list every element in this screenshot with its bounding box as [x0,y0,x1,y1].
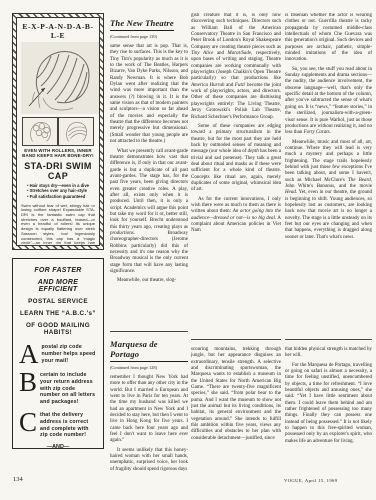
paragraph: same sense that art is pop. That is, the… [110,44,188,146]
column-1-theatre: The New Theatre (Continued from page 130… [110,13,188,330]
paragraph: Some of these companies are edging towar… [191,124,281,194]
postal-headline-2: AND MORE EFFICIENT [19,279,97,293]
paragraph: It seems unlikely that this honey-haired… [110,448,188,473]
swim-cap-illustration [21,42,99,114]
paragraph: is Ibsenian whether the actor is wearing… [285,13,372,64]
abc-text: that the delivery address is correct and… [40,411,97,439]
paragraph: As for the current innovations, I only w… [191,197,281,235]
paragraph: gish creature that it is, is only now di… [191,13,281,121]
column-2-marquesa: scouring mountains, trekking through jun… [191,339,281,479]
paragraph: scouring mountains, trekking through jun… [191,347,281,442]
page-number: 134 [13,476,23,483]
product-title: STA-DRI SWIM CAP [21,161,95,181]
paragraph: remember I thought New York had more to … [110,375,188,445]
swim-cap-ad-inner: E-X-P-A-N-D-A-B-L-E [16,17,100,246]
section-divider [110,331,188,332]
abc-item: B certain to include your return address… [19,371,97,406]
abc-text: postal zip code number helps speed your … [42,343,98,366]
paragraph: that hidden physical strength is matched… [285,347,372,360]
article-title: Marquesa de Portago [110,339,188,362]
postal-service-ad: FOR FASTER AND MORE EFFICIENT POSTAL SER… [12,258,104,449]
abc-item: A postal zip code number helps speed you… [19,343,97,366]
theatre-col3-body: is Ibsenian whether the actor is wearing… [285,13,372,241]
postal-and: —AND— [19,444,97,449]
article-heading-marquesa: Marquesa de Portago (Continued from page… [110,339,188,370]
drop-cap: B [19,371,37,406]
ad-caption: EVEN WITH ROLLERS, INNER BAND KEEPS HAIR… [21,148,95,159]
theatre-col2-body: gish creature that it is, is only now di… [191,13,281,235]
product-bullets: Hair stays dry—even in a diveStretches o… [27,183,89,199]
paragraph: Meanwhile, our theatre, slog- [110,278,188,284]
drop-cap: C [19,411,37,439]
continued-note: (Continued from page 128) [110,365,188,370]
rollers-head-icon [22,117,58,146]
paragraph: What we presently call avant-garde theat… [110,149,188,276]
marquesa-col3-body: that hidden physical strength is matched… [285,347,372,445]
article-title: The New Theatre [110,18,174,31]
marquesa-col1-body: remember I thought New York had more to … [110,375,188,473]
magazine-page: E-X-P-A-N-D-A-B-L-E [0,0,376,500]
ad-body-copy: Swim without fear of wet, stringy hair o… [21,204,95,246]
paragraph: So, you see, the stuff you read about in… [285,67,372,137]
bullet-item: Full satisfaction guaranteed [27,194,89,199]
article-heading-theatre: The New Theatre (Continued from page 130… [110,13,188,39]
column-3-marquesa: that hidden physical strength is matched… [285,339,372,479]
postal-headline-3: POSTAL SERVICE [19,298,97,305]
marquesa-col2-body: scouring mountains, trekking through jun… [191,347,281,442]
inset-figures [22,117,94,146]
column-2-theatre: gish creature that it is, is only now di… [191,13,281,335]
postal-headline-4: LEARN THE “A.B.C.'s” [19,310,97,317]
section-divider [191,339,281,340]
abc-list: A postal zip code number helps speed you… [19,343,97,439]
ad-headline: E-X-P-A-N-D-A-B-L-E [21,22,95,40]
section-divider [285,339,372,340]
theatre-col1-body: same sense that art is pop. That is, the… [110,44,188,285]
paragraph: For the Marquesa de Portago, travelling … [285,363,372,445]
column-3-theatre: is Ibsenian whether the actor is wearing… [285,13,372,335]
continued-note: (Continued from page 130) [110,34,188,39]
drop-cap: A [19,343,39,366]
paragraph: Meanwhile, music and most of all, art, c… [285,140,372,242]
postal-headline-5: OF GOOD MAILING HABITS! [19,322,97,336]
postal-headline-1: FOR FASTER [19,267,97,274]
abc-item: C that the delivery address is correct a… [19,411,97,439]
bullet-item: Stretches over any hair-style [27,188,89,193]
abc-text: certain to include your return address w… [40,371,97,406]
column-1-marquesa: Marquesa de Portago (Continued from page… [110,331,188,475]
swim-cap-ad: E-X-P-A-N-D-A-B-L-E [12,13,104,250]
capped-head-icon [58,117,94,146]
